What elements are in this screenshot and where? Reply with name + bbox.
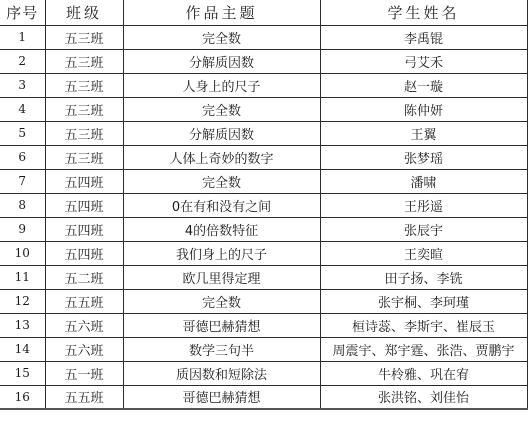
cell-class: 五三班 xyxy=(45,121,123,145)
table-row: 15 五一班 质因数和短除法 牛柃雅、巩在宥 xyxy=(0,361,527,385)
cell-index: 2 xyxy=(0,49,45,73)
cell-students: 王彤遥 xyxy=(320,193,527,217)
cell-class: 五四班 xyxy=(45,193,123,217)
table-row: 4 五三班 完全数 陈仲妍 xyxy=(0,97,527,121)
cell-students: 田子扬、李铣 xyxy=(320,265,527,289)
cell-students: 赵一璇 xyxy=(320,73,527,97)
cell-class: 五四班 xyxy=(45,217,123,241)
cell-index: 3 xyxy=(0,73,45,97)
cell-students: 王翼 xyxy=(320,121,527,145)
cell-class: 五五班 xyxy=(45,289,123,313)
table-row: 2 五三班 分解质因数 弓艾禾 xyxy=(0,49,527,73)
student-works-table: 序号 班级 作品主题 学生姓名 1 五三班 完全数 李禹锟 2 五三班 分解质因… xyxy=(0,0,528,410)
cell-topic: 人体上奇妙的数字 xyxy=(123,145,320,169)
cell-class: 五三班 xyxy=(45,73,123,97)
header-topic: 作品主题 xyxy=(123,0,320,25)
table-body: 1 五三班 完全数 李禹锟 2 五三班 分解质因数 弓艾禾 3 五三班 人身上的… xyxy=(0,25,527,409)
cell-index: 7 xyxy=(0,169,45,193)
cell-topic: 数学三句半 xyxy=(123,337,320,361)
cell-index: 10 xyxy=(0,241,45,265)
table-row: 16 五五班 哥德巴赫猜想 张洪铭、刘佳怡 xyxy=(0,385,527,409)
cell-topic: 完全数 xyxy=(123,169,320,193)
cell-class: 五三班 xyxy=(45,97,123,121)
cell-topic: 欧几里得定理 xyxy=(123,265,320,289)
cell-index: 11 xyxy=(0,265,45,289)
cell-index: 5 xyxy=(0,121,45,145)
cell-students: 张洪铭、刘佳怡 xyxy=(320,385,527,409)
cell-topic: 0在有和没有之间 xyxy=(123,193,320,217)
table-row: 8 五四班 0在有和没有之间 王彤遥 xyxy=(0,193,527,217)
cell-students: 潘啸 xyxy=(320,169,527,193)
cell-class: 五三班 xyxy=(45,25,123,49)
cell-topic: 质因数和短除法 xyxy=(123,361,320,385)
cell-index: 15 xyxy=(0,361,45,385)
cell-topic: 完全数 xyxy=(123,289,320,313)
cell-index: 1 xyxy=(0,25,45,49)
cell-topic: 哥德巴赫猜想 xyxy=(123,313,320,337)
table-row: 10 五四班 我们身上的尺子 王奕暄 xyxy=(0,241,527,265)
header-index: 序号 xyxy=(0,0,45,25)
cell-index: 16 xyxy=(0,385,45,409)
table-row: 3 五三班 人身上的尺子 赵一璇 xyxy=(0,73,527,97)
cell-class: 五一班 xyxy=(45,361,123,385)
table-row: 11 五二班 欧几里得定理 田子扬、李铣 xyxy=(0,265,527,289)
cell-topic: 哥德巴赫猜想 xyxy=(123,385,320,409)
cell-class: 五六班 xyxy=(45,337,123,361)
cell-class: 五六班 xyxy=(45,313,123,337)
cell-students: 陈仲妍 xyxy=(320,97,527,121)
table-header-row: 序号 班级 作品主题 学生姓名 xyxy=(0,0,527,25)
cell-topic: 分解质因数 xyxy=(123,49,320,73)
cell-students: 李禹锟 xyxy=(320,25,527,49)
table-row: 7 五四班 完全数 潘啸 xyxy=(0,169,527,193)
cell-students: 张梦瑶 xyxy=(320,145,527,169)
cell-students: 弓艾禾 xyxy=(320,49,527,73)
cell-topic: 我们身上的尺子 xyxy=(123,241,320,265)
cell-students: 牛柃雅、巩在宥 xyxy=(320,361,527,385)
cell-class: 五三班 xyxy=(45,145,123,169)
cell-class: 五四班 xyxy=(45,241,123,265)
cell-topic: 完全数 xyxy=(123,97,320,121)
cell-topic: 4的倍数特征 xyxy=(123,217,320,241)
cell-class: 五二班 xyxy=(45,265,123,289)
cell-index: 6 xyxy=(0,145,45,169)
cell-topic: 完全数 xyxy=(123,25,320,49)
cell-index: 12 xyxy=(0,289,45,313)
header-class: 班级 xyxy=(45,0,123,25)
cell-index: 4 xyxy=(0,97,45,121)
cell-students: 王奕暄 xyxy=(320,241,527,265)
cell-students: 张辰宇 xyxy=(320,217,527,241)
cell-index: 13 xyxy=(0,313,45,337)
table-row: 6 五三班 人体上奇妙的数字 张梦瑶 xyxy=(0,145,527,169)
table-row: 5 五三班 分解质因数 王翼 xyxy=(0,121,527,145)
table-row: 9 五四班 4的倍数特征 张辰宇 xyxy=(0,217,527,241)
works-table-container: 序号 班级 作品主题 学生姓名 1 五三班 完全数 李禹锟 2 五三班 分解质因… xyxy=(0,0,527,410)
cell-students: 周震宇、郑宇霆、张浩、贾鹏宇 xyxy=(320,337,527,361)
cell-class: 五四班 xyxy=(45,169,123,193)
cell-index: 14 xyxy=(0,337,45,361)
table-row: 13 五六班 哥德巴赫猜想 桓诗蕊、李斯宇、崔辰玉 xyxy=(0,313,527,337)
cell-topic: 人身上的尺子 xyxy=(123,73,320,97)
cell-index: 9 xyxy=(0,217,45,241)
cell-students: 张宇桐、李珂瑾 xyxy=(320,289,527,313)
cell-students: 桓诗蕊、李斯宇、崔辰玉 xyxy=(320,313,527,337)
cell-class: 五三班 xyxy=(45,49,123,73)
header-students: 学生姓名 xyxy=(320,0,527,25)
table-row: 12 五五班 完全数 张宇桐、李珂瑾 xyxy=(0,289,527,313)
table-row: 1 五三班 完全数 李禹锟 xyxy=(0,25,527,49)
cell-index: 8 xyxy=(0,193,45,217)
table-row: 14 五六班 数学三句半 周震宇、郑宇霆、张浩、贾鹏宇 xyxy=(0,337,527,361)
cell-class: 五五班 xyxy=(45,385,123,409)
cell-topic: 分解质因数 xyxy=(123,121,320,145)
